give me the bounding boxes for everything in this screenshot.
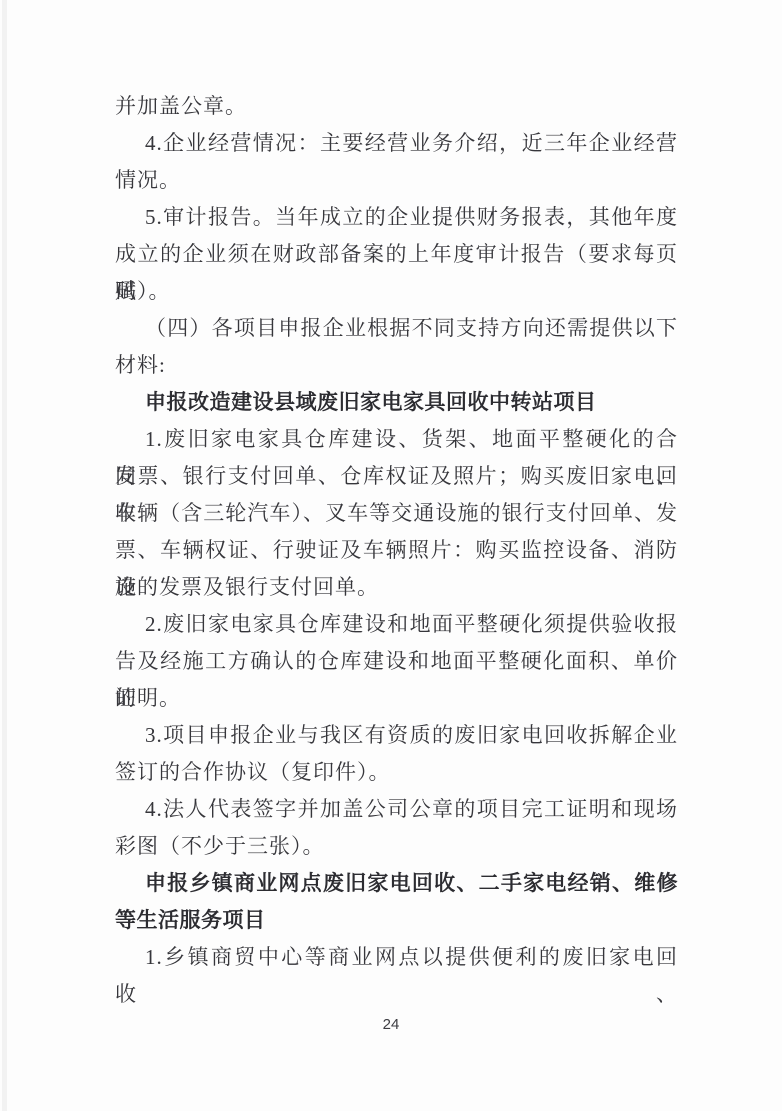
document-line: 5.审计报告。当年成立的企业提供财务报表，其他年度: [115, 199, 678, 236]
document-line: 告及经施工方确认的仓库建设和地面平整硬化面积、单价的: [115, 643, 678, 680]
document-line: 签订的合作协议（复印件）。: [115, 754, 678, 791]
document-line: 施的发票及银行支付回单。: [115, 569, 678, 606]
document-line: 1.废旧家电家具仓库建设、货架、地面平整硬化的合同、: [115, 421, 678, 458]
document-line: 1.乡镇商贸中心等商业网点以提供便利的废旧家电回收、: [115, 939, 678, 976]
document-line: 票、车辆权证、行驶证及车辆照片：购买监控设备、消防设: [115, 532, 678, 569]
document-line: 等生活服务项目: [115, 902, 678, 939]
document-line: 2.废旧家电家具仓库建设和地面平整硬化须提供验收报: [115, 606, 678, 643]
document-line: 码）。: [115, 273, 678, 310]
document-line: 彩图（不少于三张）。: [115, 828, 678, 865]
document-line: 4.法人代表签字并加盖公司公章的项目完工证明和现场: [115, 791, 678, 828]
document-line: 成立的企业须在财政部备案的上年度审计报告（要求每页赋: [115, 236, 678, 273]
document-line: 4.企业经营情况：主要经营业务介绍，近三年企业经营: [115, 125, 678, 162]
document-body: 并加盖公章。4.企业经营情况：主要经营业务介绍，近三年企业经营情况。5.审计报告…: [115, 88, 678, 976]
document-line: 发票、银行支付回单、仓库权证及照片；购买废旧家电回收: [115, 458, 678, 495]
document-line: 3.项目申报企业与我区有资质的废旧家电回收拆解企业: [115, 717, 678, 754]
document-line: 申报乡镇商业网点废旧家电回收、二手家电经销、维修: [115, 865, 678, 902]
document-line: （四）各项目申报企业根据不同支持方向还需提供以下: [115, 310, 678, 347]
document-line: 材料:: [115, 347, 678, 384]
document-line: 情况。: [115, 162, 678, 199]
document-line: 并加盖公章。: [115, 88, 678, 125]
document-line: 证明。: [115, 680, 678, 717]
page-number: 24: [0, 1014, 782, 1036]
scanned-document-page: 并加盖公章。4.企业经营情况：主要经营业务介绍，近三年企业经营情况。5.审计报告…: [0, 0, 782, 1111]
document-line: 车辆（含三轮汽车）、叉车等交通设施的银行支付回单、发: [115, 495, 678, 532]
scan-edge-artifact: [2, 0, 7, 1111]
document-line: 申报改造建设县域废旧家电家具回收中转站项目: [115, 384, 678, 421]
